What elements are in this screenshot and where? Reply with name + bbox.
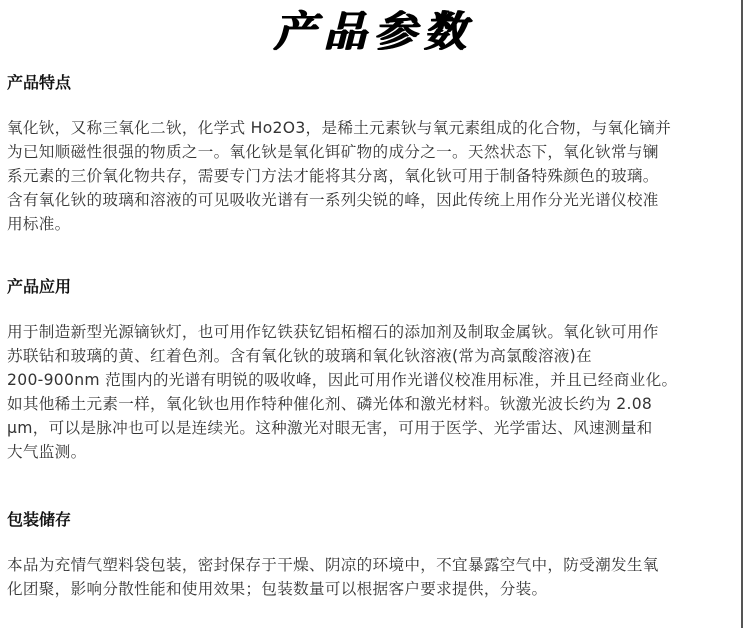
product-parameters-page: 产品参数 产品特点 氧化钬，又称三氧化二钬，化学式 Ho2O3，是稀土元素钬与氧… [0, 0, 748, 628]
section-body-packaging: 本品为充情气塑料袋包装，密封保存于干燥、阴凉的环境中，不宜暴露空气中，防受潮发生… [7, 553, 737, 601]
text-line: 含有氧化钬的玻璃和溶液的可见吸收光谱有一系列尖锐的峰，因此传统上用作分光光谱仪校… [7, 188, 737, 212]
right-border-line [741, 0, 743, 628]
text-line: 如其他稀土元素一样，氧化钬也用作特种催化剂、磷光体和激光材料。钬激光波长约为 2… [7, 392, 737, 416]
text-line: 系元素的三价氧化物共存，需要专门方法才能将其分离，氧化钬可用于制备特殊颜色的玻璃… [7, 164, 737, 188]
text-line: 用于制造新型光源镝钬灯，也可用作钇铁获钇铝柘榴石的添加剂及制取金属钬。氧化钬可用… [7, 320, 737, 344]
section-body-applications: 用于制造新型光源镝钬灯，也可用作钇铁获钇铝柘榴石的添加剂及制取金属钬。氧化钬可用… [7, 320, 737, 464]
page-title: 产品参数 [0, 6, 748, 58]
text-line: 氧化钬，又称三氧化二钬，化学式 Ho2O3，是稀土元素钬与氧元素组成的化合物，与… [7, 116, 737, 140]
section-body-features: 氧化钬，又称三氧化二钬，化学式 Ho2O3，是稀土元素钬与氧元素组成的化合物，与… [7, 116, 737, 236]
text-line: 化团聚，影响分散性能和使用效果；包装数量可以根据客户要求提供，分装。 [7, 577, 737, 601]
section-heading-features: 产品特点 [7, 73, 71, 93]
section-heading-applications: 产品应用 [7, 277, 71, 297]
text-line: 为已知顺磁性很强的物质之一。氧化钬是氧化铒矿物的成分之一。天然状态下，氧化钬常与… [7, 140, 737, 164]
text-line: 大气监测。 [7, 440, 737, 464]
text-line: 苏联钻和玻璃的黄、红着色剂。含有氧化钬的玻璃和氧化钬溶液(常为高氯酸溶液)在 [7, 344, 737, 368]
text-line: 用标准。 [7, 212, 737, 236]
text-line: 本品为充情气塑料袋包装，密封保存于干燥、阴凉的环境中，不宜暴露空气中，防受潮发生… [7, 553, 737, 577]
text-line: 200-900nm 范围内的光谱有明锐的吸收峰，因此可用作光谱仪校准用标准，并且… [7, 368, 737, 392]
section-heading-packaging: 包装储存 [7, 510, 71, 530]
text-line: μm，可以是脉冲也可以是连续光。这种激光对眼无害，可用于医学、光学雷达、风速测量… [7, 416, 737, 440]
